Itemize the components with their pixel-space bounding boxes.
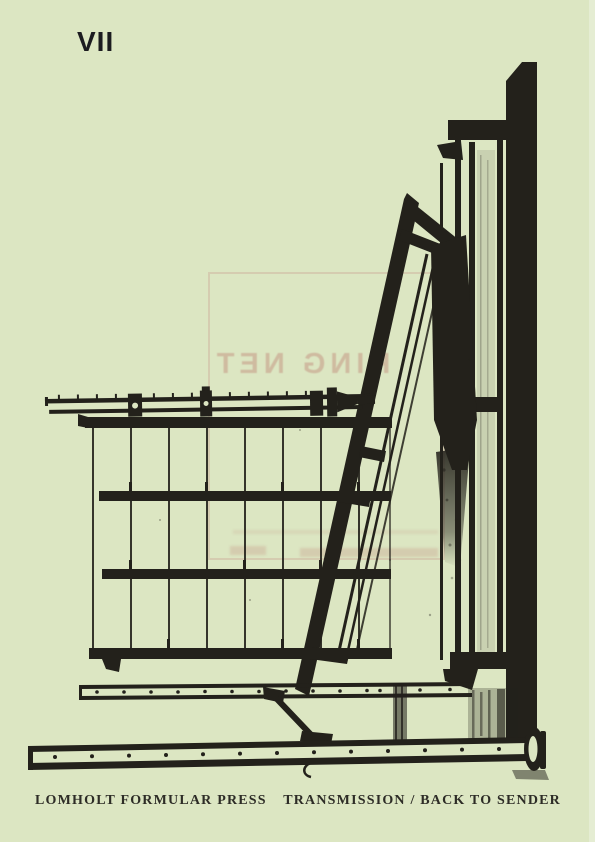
footer: LOMHOLT FORMULAR PRESS TRANSMISSION / BA… xyxy=(0,793,595,817)
tilted-screen-frame xyxy=(295,193,477,696)
press-illustration xyxy=(0,0,595,842)
slatted-rack xyxy=(78,414,392,672)
footer-press-name: LOMHOLT FORMULAR PRESS xyxy=(35,793,267,809)
footer-series-title: TRANSMISSION / BACK TO SENDER xyxy=(283,793,561,809)
scanned-page: VII RING NET xyxy=(0,0,595,842)
ruler-rail xyxy=(45,384,375,421)
